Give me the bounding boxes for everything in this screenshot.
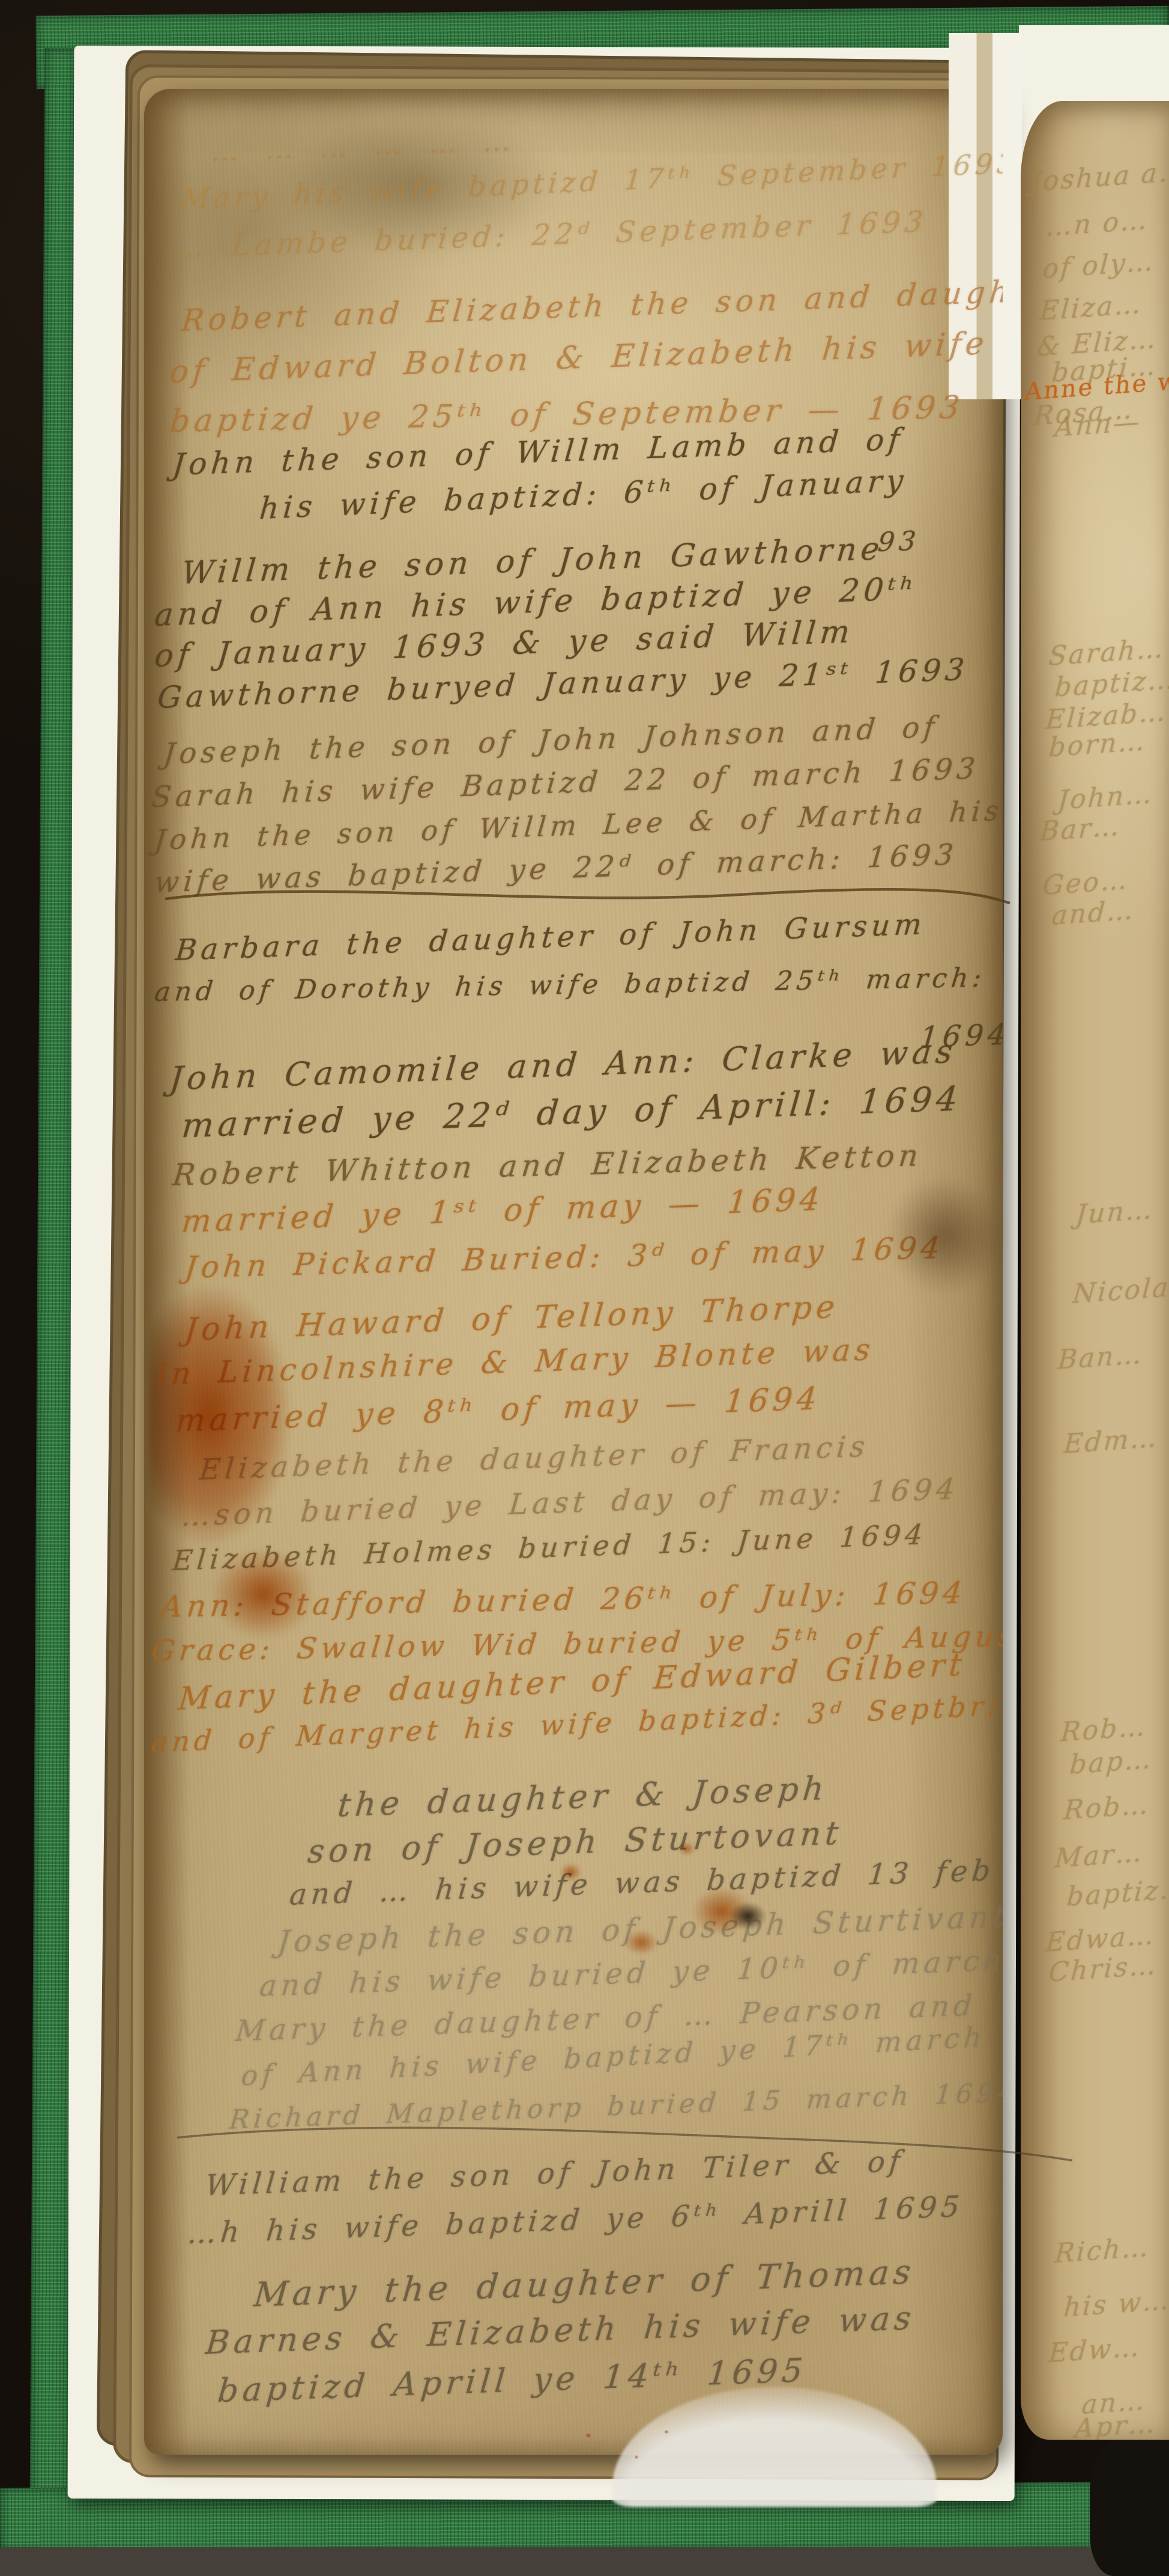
right-register-page: Joshua a… …n o… of oly… Eliza… & Eliz… b…: [1021, 101, 1169, 2440]
page-fragment-line: …n o…: [1045, 205, 1150, 243]
register-entry-line: Robert and Elizabeth the son and daughte…: [180, 272, 1003, 338]
section-divider-rule: [162, 872, 1015, 920]
page-fragment-line: Rich…: [1054, 2232, 1151, 2269]
page-fragment-line: Mar…: [1054, 1837, 1145, 1874]
manuscript-photo: Joshua a… …n o… of oly… Eliza… & Eliz… b…: [0, 0, 1169, 2576]
register-entry-line: of Edward Bolton & Elizabeth his wife: [168, 325, 989, 390]
page-fragment-line: Nicola…: [1072, 1270, 1169, 1310]
page-fragment-line: Joshua a…: [1030, 156, 1169, 198]
page-fragment-line: bap…: [1069, 1744, 1154, 1780]
page-fragment-line: Apr…: [1074, 2408, 1158, 2440]
page-fragment-line: and…: [1051, 895, 1136, 931]
page-fragment-line: born…: [1048, 725, 1147, 763]
corner-dark-blob: [1090, 2438, 1169, 2576]
page-fragment-line: Rob…: [1063, 1789, 1151, 1826]
page-fragment-line: Edm…: [1063, 1423, 1159, 1460]
register-entry-line: married ye 1ˢᵗ of may — 1694: [180, 1181, 826, 1240]
register-entry-line: baptizd Aprill ye 14ᵗʰ 1695: [216, 2351, 808, 2410]
page-fragment-line: Ban…: [1057, 1339, 1144, 1376]
register-entry-line: the daughter & Joseph: [336, 1769, 830, 1824]
section-divider-rule: [174, 2114, 1075, 2168]
page-fragment-line: Edw…: [1048, 2332, 1142, 2369]
page-fragment-line: John…: [1057, 778, 1155, 816]
page-fragment-line: baptiz…: [1066, 1873, 1169, 1912]
register-entry-line: … Lambe buried: 22ᵈ September 1693: [174, 205, 929, 265]
register-entry-line: … … … … … …: [210, 124, 517, 168]
page-fragment-line: Eliza…: [1039, 289, 1144, 327]
page-fragment-line: Bar…: [1039, 811, 1122, 847]
register-entry-line: Ann: Stafford buried 26ᵗʰ of July: 1694: [159, 1575, 968, 1624]
register-entry-line: married ye 8ᵗʰ of may — 1694: [174, 1380, 823, 1439]
left-page-text: … … … … … … Mary his wife baptizd 17ᵗʰ S…: [144, 89, 1003, 2455]
page-fragment-line: Jun…: [1075, 1194, 1155, 1230]
register-entry-line: and of Dorothy his wife baptizd 25ᵗʰ mar…: [153, 961, 1003, 1008]
page-fragment-line: his w…: [1063, 2285, 1169, 2323]
page-fragment-line: Rob…: [1060, 1711, 1148, 1748]
page-fragment-line: of oly…: [1042, 246, 1156, 285]
page-fragment-line: Ann—: [1054, 407, 1143, 443]
table-shadow-strip: [0, 2547, 1169, 2576]
register-entry-line: John Pickard Buried: 3ᵈ of may 1694: [183, 1230, 946, 1285]
